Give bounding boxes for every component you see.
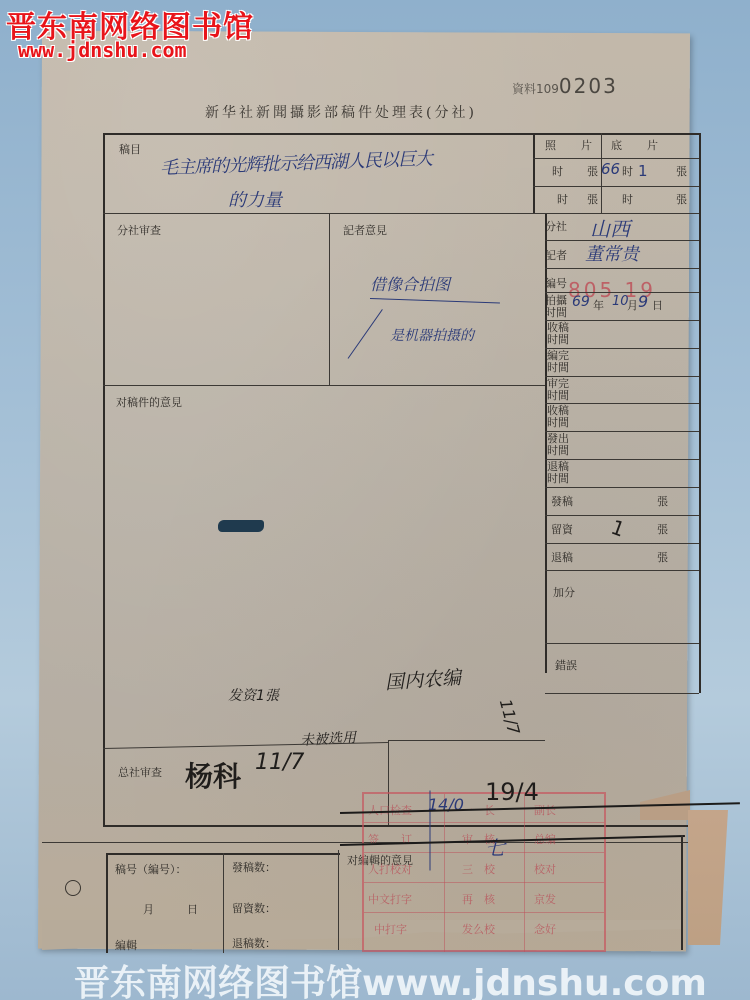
photo-sheet-1: 張	[587, 166, 598, 178]
head-office-review-label: 总社审查	[118, 767, 162, 779]
row-line	[545, 570, 699, 571]
form-border-left	[103, 133, 105, 826]
form-border-top	[103, 133, 700, 135]
row-line	[545, 292, 699, 293]
stamp-row-line	[364, 822, 604, 823]
red-stamp: 人口检查 一 长 副长 签 订 审 核 总编 人打校对 三 校 校对 中文打字 …	[362, 792, 606, 952]
row-line	[545, 693, 699, 694]
shot-time-label-2: 时間	[545, 307, 567, 319]
slip-divider-1	[223, 853, 224, 953]
subject-label: 稿目	[119, 144, 141, 156]
time-row-6-l2: 时間	[547, 473, 569, 485]
watermark-url: www.jdnshu.com	[18, 38, 187, 62]
time-row-2: 編完时間	[547, 350, 569, 374]
row-divider	[103, 385, 545, 386]
head-review-signature: 杨科	[185, 755, 241, 795]
branch-review-label: 分社审查	[117, 225, 161, 237]
handwritten-note-2: 国内农编	[384, 663, 462, 695]
handwritten-note-3: 未被选用	[299, 727, 356, 750]
branch-value: 山西	[590, 213, 630, 242]
slip-border-right	[681, 835, 683, 950]
head-review-date: 11/7	[255, 750, 304, 775]
negative-header: 底 片	[611, 140, 659, 152]
count-row-returned-label: 退稿	[551, 552, 573, 564]
stamp-cell: 念好	[534, 921, 556, 937]
handwritten-note-1: 发资1張	[228, 685, 279, 705]
shot-year: 69	[572, 294, 590, 310]
slip-divider-2	[338, 850, 339, 950]
negative-sheet-1: 張	[676, 166, 687, 178]
archive-stamp-prefix: 資料109	[512, 82, 559, 96]
row-divider	[103, 213, 545, 214]
stamp-cell: 中文打字	[368, 891, 412, 907]
time-row-2-l2: 时間	[547, 362, 569, 374]
branch-label: 分社	[545, 221, 567, 233]
time-row-1-l2: 时間	[547, 334, 569, 346]
count-row-kept-unit: 張	[657, 524, 668, 536]
negative-time-2: 时	[622, 194, 633, 206]
time-row-6: 退稿时間	[547, 461, 569, 485]
count-row-sent-label: 發稿	[551, 496, 573, 508]
photo-sheet-2: 張	[587, 194, 598, 206]
slip-month-label: 月	[143, 904, 154, 916]
reporter-opinion-handwriting-2: 是机器拍摄的	[390, 325, 474, 345]
time-row-5: 發出时間	[547, 433, 569, 457]
slip-editor-label: 編輯	[115, 940, 137, 952]
time-row-4-l2: 时間	[547, 417, 569, 429]
time-row-3: 审完时間	[547, 378, 569, 402]
slip-border-left	[106, 853, 108, 953]
archive-stamp: 資料1090203	[512, 74, 618, 98]
reporter-value: 董常贵	[585, 240, 639, 266]
reporter-opinion-handwriting-1: 借像合拍图	[370, 272, 450, 295]
form-title: 新华社新聞攝影部稿件处理表(分社)	[205, 102, 477, 122]
row-line	[545, 643, 699, 644]
serial-label: 編号	[545, 278, 567, 290]
stamp-row-line	[364, 882, 604, 883]
time-row-1: 收稿时間	[547, 322, 569, 346]
stamp-cell: 人打校对	[368, 861, 412, 877]
row-line	[545, 268, 699, 269]
manuscript-opinion-label: 对稿件的意見	[116, 397, 182, 409]
stamp-row-line	[364, 852, 604, 853]
slip-day-label: 日	[187, 904, 198, 916]
shot-day: 9	[638, 292, 648, 311]
stamp-cell: 再 核	[462, 891, 495, 907]
stamp-cell: 发么校	[462, 921, 495, 937]
shot-time-label: 拍攝 时間	[545, 295, 567, 319]
photo-time-2: 时	[557, 194, 568, 206]
photo-header: 照 片	[545, 140, 593, 152]
shot-month-unit: 月	[627, 300, 638, 312]
time-row-5-l2: 时間	[547, 445, 569, 457]
slip-returned-count-label: 退稿数：	[232, 938, 276, 950]
stamp-col-line	[524, 794, 525, 952]
slip-kept-count-label: 留資数：	[232, 903, 276, 915]
stamp-cell: 三 校	[462, 861, 495, 877]
row-line	[533, 186, 699, 187]
row-line	[545, 543, 699, 544]
slip-manuscript-no-label: 稿号（編号）：	[115, 864, 187, 876]
column-divider-top	[533, 133, 535, 213]
shot-year-unit: 年	[593, 300, 604, 312]
count-row-kept-label: 留資	[551, 524, 573, 536]
watermark-bottom: 晋东南网络图书馆www.jdnshu.com	[74, 955, 707, 1000]
error-label: 錯誤	[555, 660, 577, 672]
head-review-divider-2	[388, 740, 545, 741]
stamp-col-line	[444, 794, 445, 952]
stamp-cell: 校对	[534, 861, 556, 877]
time-row-4: 收稿时間	[547, 405, 569, 429]
ink-blot	[218, 520, 264, 532]
stamp-cell: 中打字	[374, 921, 407, 937]
form-border-right	[699, 133, 701, 693]
reporter-opinion-label: 記者意見	[343, 225, 387, 237]
stamp-pen-stroke	[430, 791, 431, 871]
negative-sheet-2: 張	[676, 194, 687, 206]
negative-count-1: 1	[638, 162, 648, 180]
reporter-label: 記者	[545, 250, 567, 262]
shot-day-unit: 日	[652, 300, 663, 312]
stamp-handwriting-2: 19/4	[485, 778, 539, 806]
punch-hole	[65, 880, 81, 896]
time-row-3-l2: 时間	[547, 390, 569, 402]
slip-sent-count-label: 發稿数：	[232, 862, 276, 874]
negative-value-1: 66	[601, 160, 620, 178]
photo-time-1: 时	[552, 166, 563, 178]
row-line	[533, 158, 699, 159]
count-row-sent-unit: 張	[657, 496, 668, 508]
stamp-cell: 京发	[534, 891, 556, 907]
review-divider	[329, 213, 330, 385]
archive-number: 0203	[559, 74, 618, 98]
subject-handwriting-line2: 的力量	[228, 186, 282, 212]
paper-flap	[688, 810, 728, 945]
row-line	[545, 515, 699, 516]
negative-time-1: 时	[622, 166, 633, 178]
count-row-returned-unit: 張	[657, 552, 668, 564]
extra-score-label: 加分	[553, 587, 575, 599]
stamp-row-line	[364, 912, 604, 913]
stamp-handwriting-3: 七	[485, 832, 505, 861]
row-line	[545, 487, 699, 488]
